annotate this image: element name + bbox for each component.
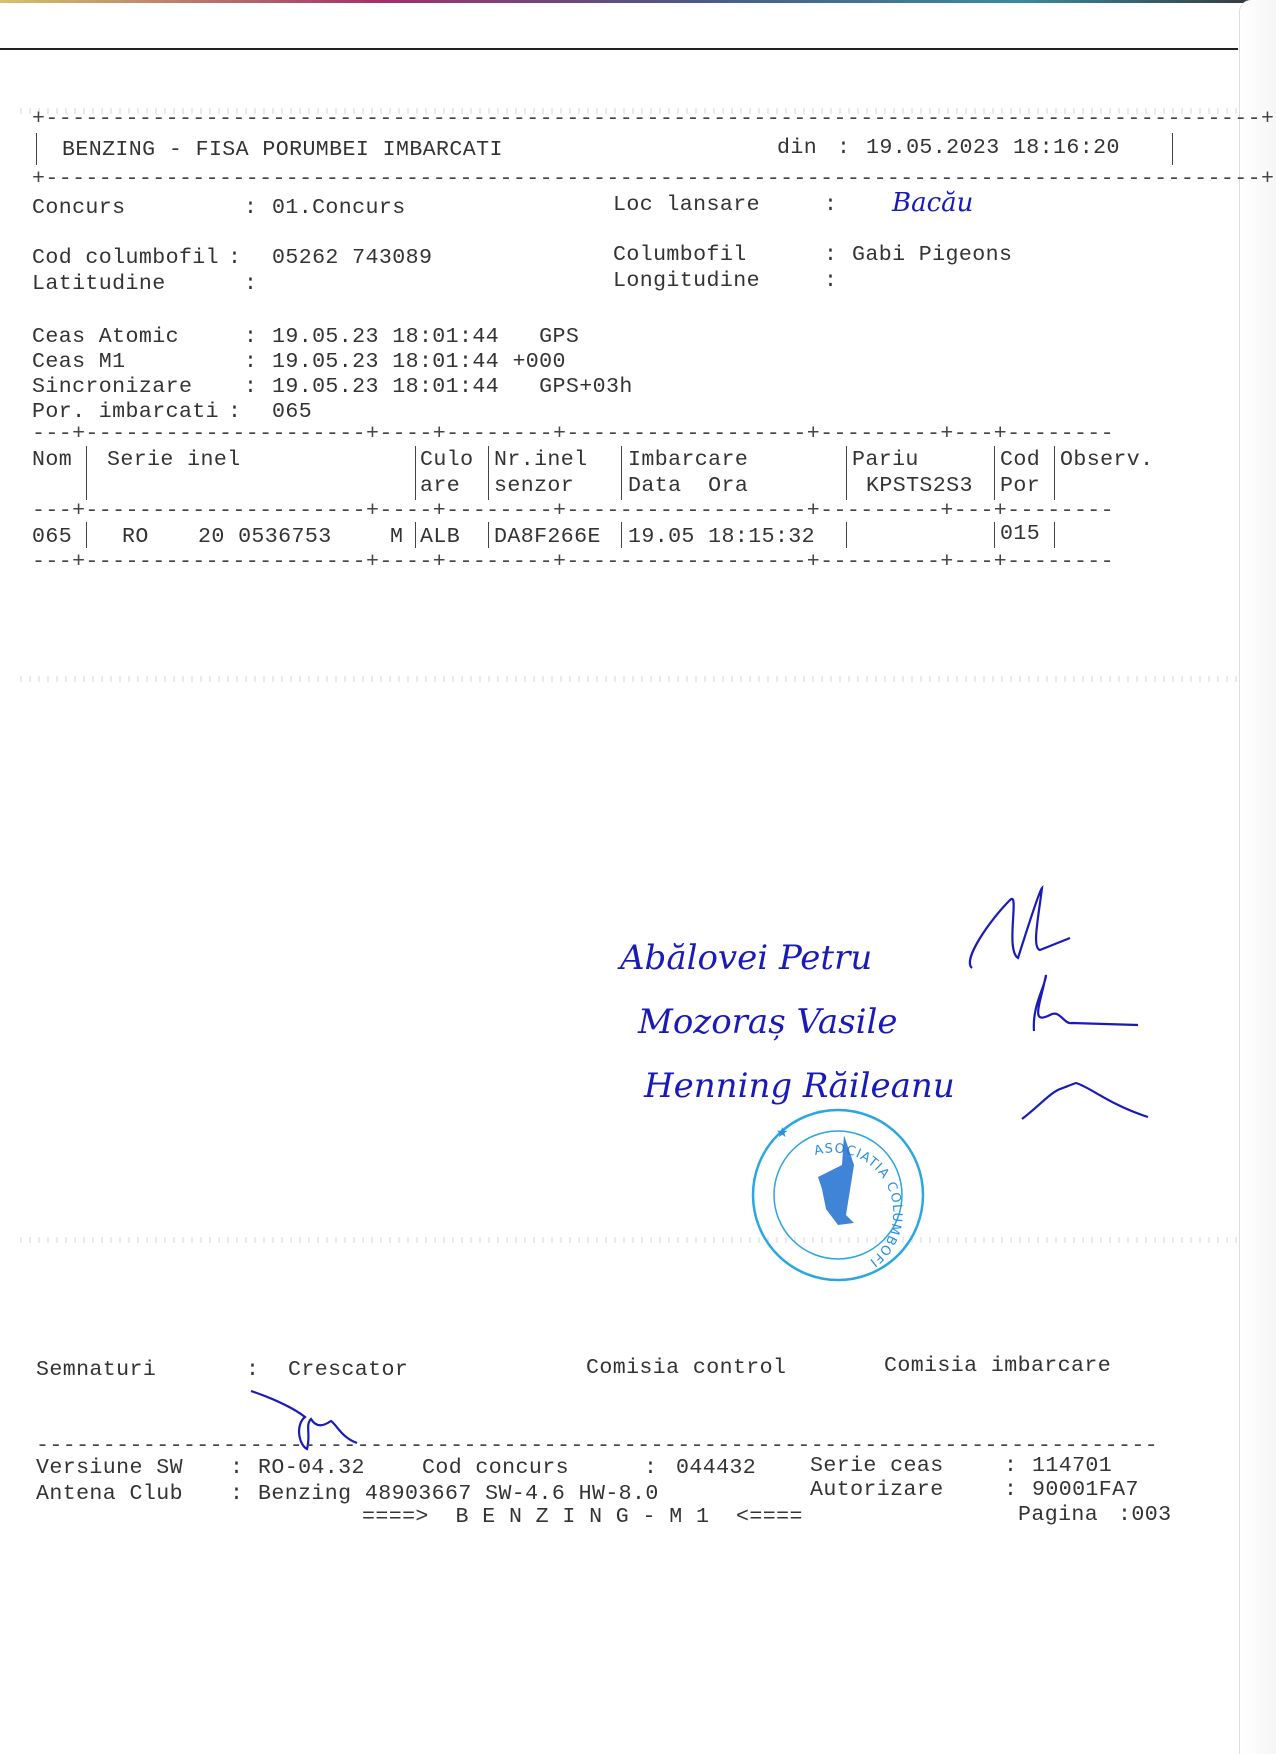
por-imbarcati-label: Por. imbarcati [32, 400, 219, 424]
loc-lansare-handwritten: Bacău [892, 188, 973, 218]
cell-nom: 065 [32, 525, 72, 549]
cell-serie-nr: 20 0536753 [198, 525, 332, 549]
col-divider [621, 522, 622, 548]
col-culoare: Culo [420, 448, 473, 472]
svg-text:★: ★ [776, 1125, 789, 1141]
colon: : [244, 272, 257, 296]
col-divider [415, 446, 416, 500]
col-divider [846, 522, 847, 548]
col-divider [1054, 446, 1055, 500]
col-divider [86, 522, 87, 548]
header-date-value: 19.05.2023 18:16:20 [866, 136, 1120, 160]
columbofil-label: Columbofil [613, 243, 747, 267]
colon: : [230, 1456, 243, 1480]
sincronizare-value: 19.05.23 18:01:44 GPS+03h [272, 375, 633, 399]
signature-2 [1020, 975, 1140, 1035]
crescator-label: Crescator [288, 1358, 408, 1382]
sincronizare-label: Sincronizare [32, 375, 192, 399]
semnaturi-label: Semnaturi [36, 1358, 156, 1382]
col-divider [488, 522, 489, 548]
ceas-atomic-label: Ceas Atomic [32, 325, 179, 349]
col-nr-inel: Nr.inel [494, 448, 588, 472]
pagina-value: :003 [1118, 1503, 1171, 1527]
signature-3 [1020, 1075, 1150, 1125]
commission-name-3: Henning Răileanu [644, 1066, 955, 1106]
colon: : [824, 243, 837, 267]
comisia-control-label: Comisia control [586, 1356, 786, 1380]
colon: : [824, 269, 837, 293]
commission-name-2: Mozoraș Vasile [638, 1002, 897, 1042]
colon: : [1004, 1454, 1017, 1478]
table-top-border: ---+---------------------+----+--------+… [32, 428, 1114, 440]
concurs-value: 01.Concurs [272, 196, 406, 220]
cell-cod-por: 015 [1000, 522, 1040, 546]
concurs-label: Concurs [32, 196, 126, 220]
versiune-sw-label: Versiune SW [36, 1456, 183, 1480]
autorizare-value: 90001FA7 [1032, 1478, 1139, 1502]
ceas-m1-value: 19.05.23 18:01:44 +000 [272, 350, 566, 374]
header-bottom-border: +---------------------------------------… [32, 173, 1274, 185]
document-title: BENZING - FISA PORUMBEI IMBARCATI [62, 138, 503, 162]
colon: : [837, 136, 850, 160]
commission-name-1: Abălovei Petru [620, 938, 872, 978]
autorizare-label: Autorizare [810, 1478, 944, 1502]
footer-separator: ----------------------------------------… [36, 1440, 1158, 1452]
top-rule [0, 48, 1238, 50]
brand-line: ====> B E N Z I N G - M 1 <==== [362, 1505, 803, 1529]
colon: : [824, 193, 837, 217]
col-pariu-2: KPSTS2S3 [866, 474, 973, 498]
col-observ: Observ. [1060, 448, 1154, 472]
col-cod: Cod [1000, 448, 1040, 472]
loc-lansare-label: Loc lansare [613, 193, 760, 217]
colon: : [1004, 1478, 1017, 1502]
scan-noise [20, 1237, 1240, 1243]
table-bottom-border: ---+---------------------+----+--------+… [32, 556, 1114, 568]
versiune-sw-value: RO-04.32 [258, 1456, 365, 1480]
latitudine-label: Latitudine [32, 272, 166, 296]
colon: : [228, 246, 241, 270]
header-right-border [1172, 133, 1173, 165]
por-imbarcati-value: 065 [272, 400, 312, 424]
page-top-edge [0, 0, 1276, 3]
page-right-edge [1239, 0, 1276, 1754]
cell-serie-tara: RO [122, 525, 149, 549]
columbofil-value: Gabi Pigeons [852, 243, 1012, 267]
colon: : [244, 350, 257, 374]
longitudine-label: Longitudine [613, 269, 760, 293]
cod-columbofil-label: Cod columbofil [32, 246, 219, 270]
pagina-label: Pagina [1018, 1503, 1098, 1527]
colon: : [644, 1456, 657, 1480]
colon: : [246, 1358, 259, 1382]
cell-nr-inel-senzor: DA8F266E [494, 525, 601, 549]
table-header-separator: ---+---------------------+----+--------+… [32, 505, 1114, 517]
colon: : [228, 400, 241, 424]
col-nom: Nom [32, 448, 72, 472]
cod-concurs-label: Cod concurs [422, 1456, 569, 1480]
antena-club-value: Benzing 48903667 SW-4.6 HW-8.0 [258, 1482, 659, 1506]
scan-noise [20, 676, 1240, 682]
col-culoare-2: are [420, 474, 460, 498]
serie-ceas-value: 114701 [1032, 1454, 1112, 1478]
cell-sex: M [390, 525, 403, 549]
colon: : [244, 196, 257, 220]
col-divider [994, 522, 995, 548]
cod-columbofil-value: 05262 743089 [272, 246, 432, 270]
comisia-imbarcare-label: Comisia imbarcare [884, 1354, 1111, 1378]
header-date-label: din [777, 136, 817, 160]
colon: : [230, 1482, 243, 1506]
col-divider [488, 446, 489, 500]
col-divider [846, 446, 847, 500]
cell-imbarcare: 19.05 18:15:32 [628, 525, 815, 549]
colon: : [244, 375, 257, 399]
col-divider [86, 446, 87, 500]
col-imbarcare: Imbarcare [628, 448, 748, 472]
col-nr-inel-2: senzor [494, 474, 574, 498]
association-stamp: ASOCIATIA COLUMBOFILA ★ [750, 1105, 930, 1285]
cod-concurs-value: 044432 [676, 1456, 756, 1480]
colon: : [244, 325, 257, 349]
col-divider [621, 446, 622, 500]
signature-1 [960, 880, 1070, 970]
col-divider [994, 446, 995, 500]
col-divider [1054, 522, 1055, 548]
antena-club-label: Antena Club [36, 1482, 183, 1506]
col-pariu: Pariu [852, 448, 919, 472]
ceas-m1-label: Ceas M1 [32, 350, 126, 374]
col-cod-2: Por [1000, 474, 1040, 498]
ceas-atomic-value: 19.05.23 18:01:44 GPS [272, 325, 579, 349]
header-top-border: +---------------------------------------… [32, 113, 1274, 125]
col-serie-inel: Serie inel [107, 448, 241, 472]
header-left-border [36, 133, 37, 165]
cell-culoare: ALB [420, 525, 460, 549]
col-divider [415, 522, 416, 548]
serie-ceas-label: Serie ceas [810, 1454, 944, 1478]
col-imbarcare-2: Data Ora [628, 474, 748, 498]
